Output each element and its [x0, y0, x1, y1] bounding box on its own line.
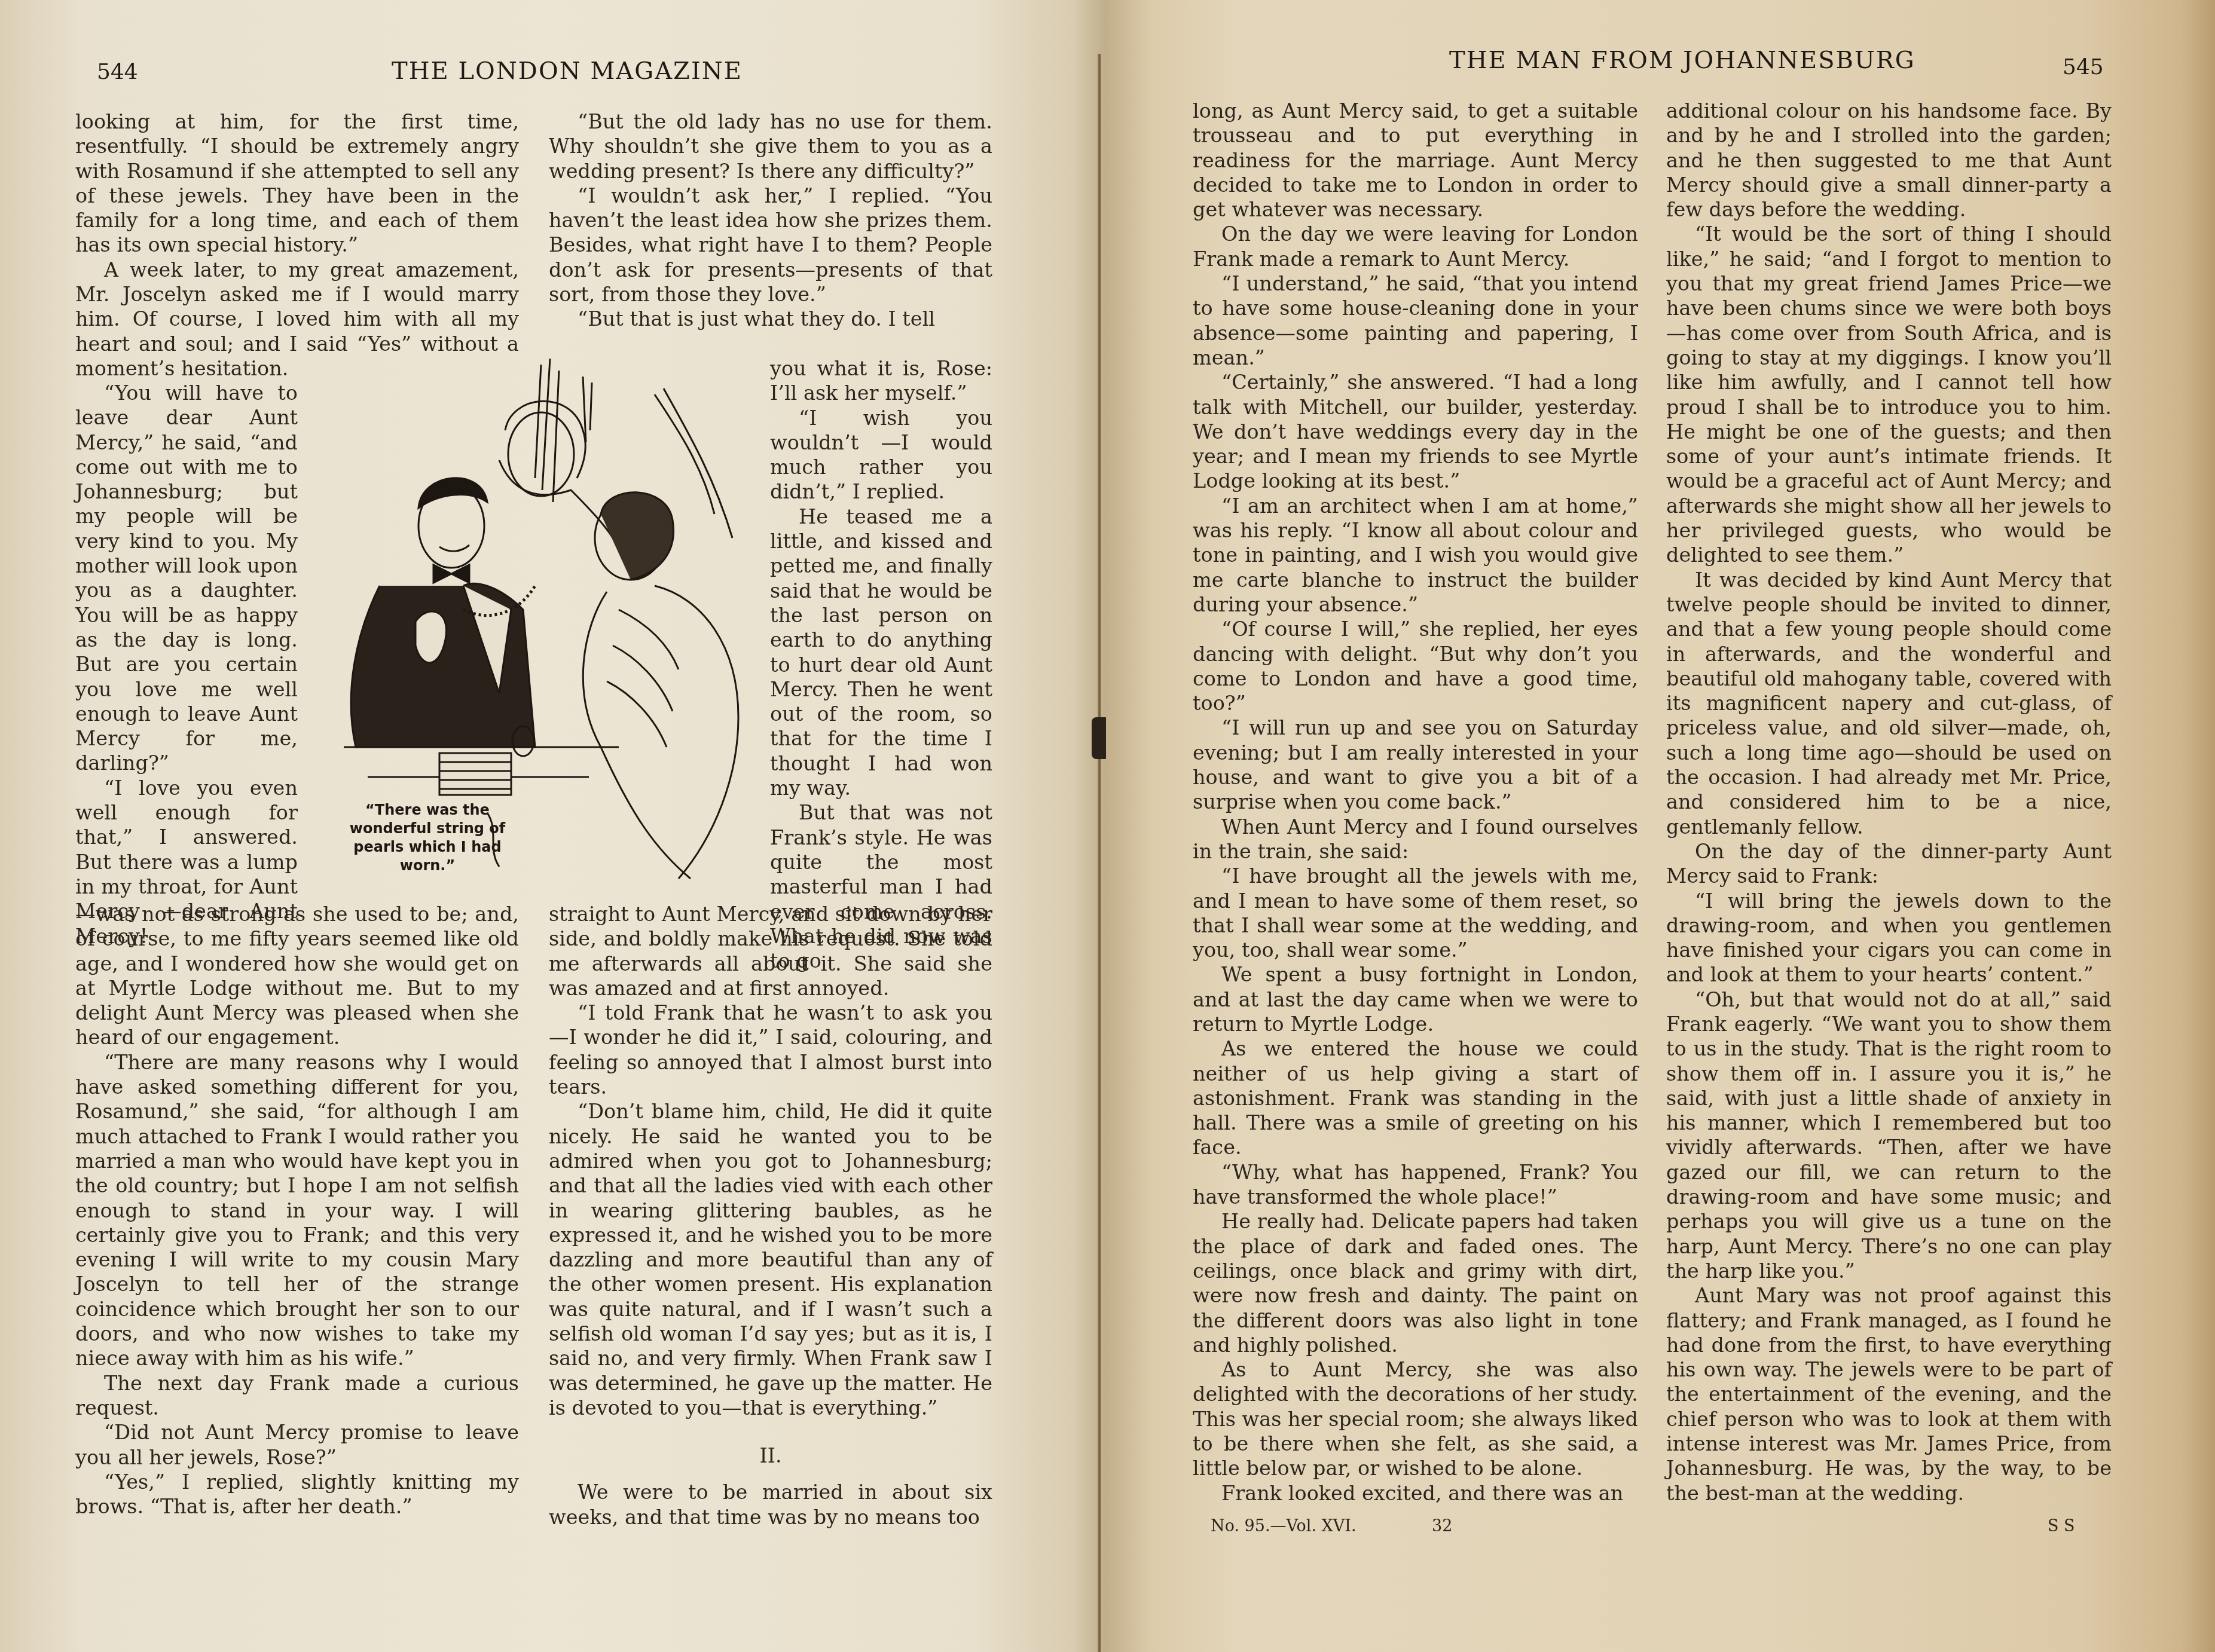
paragraph: “I told Frank that he wasn’t to ask you …: [549, 1001, 992, 1099]
running-head-right: THE MAN FROM JOHANNESBURG: [1449, 47, 1915, 74]
paragraph: “Oh, but that would not do at all,” said…: [1666, 987, 2112, 1284]
paragraph: Frank looked excited, and there was an: [1193, 1481, 1638, 1506]
right-page: THE MAN FROM JOHANNESBURG 545 long, as A…: [1106, 0, 2215, 1652]
paragraph: “I will run up and see you on Saturday e…: [1193, 715, 1638, 814]
book-gutter: [1098, 54, 1101, 1652]
right-column-2: additional colour on his handsome face. …: [1666, 99, 2112, 1506]
left-column-1-wrap: “You will have to leave dear Aunt Mercy,…: [75, 381, 298, 949]
paragraph: He really had. Delicate papers had taken…: [1193, 1209, 1638, 1357]
right-column-1: long, as Aunt Mercy said, to get a suita…: [1193, 99, 1638, 1506]
paragraph: “I wouldn’t ask her,” I replied. “You ha…: [549, 183, 992, 307]
paragraph: “Of course I will,” she replied, her eye…: [1193, 617, 1638, 715]
signature-mark: S S: [2048, 1517, 2075, 1535]
paragraph: As we entered the house we could neither…: [1193, 1036, 1638, 1160]
left-column-1-bottom: —was not as strong as she used to be; an…: [75, 902, 519, 1519]
paragraph: Aunt Mary was not proof against this fla…: [1666, 1283, 2112, 1506]
page-number-left: 544: [97, 60, 138, 84]
paragraph: “I am an architect when I am at home,” w…: [1193, 494, 1638, 617]
paragraph: “I understand,” he said, “that you inten…: [1193, 271, 1638, 370]
paragraph: We spent a busy fortnight in London, and…: [1193, 962, 1638, 1036]
paragraph: We were to be married in about six weeks…: [549, 1480, 992, 1529]
paragraph: “Don’t blame him, child, He did it quite…: [549, 1099, 992, 1420]
left-page: 544 THE LONDON MAGAZINE looking at him, …: [0, 0, 1106, 1652]
paragraph: On the day of the dinner-party Aunt Merc…: [1666, 839, 2112, 889]
paragraph: “Certainly,” she answered. “I had a long…: [1193, 370, 1638, 493]
sheet-number: 32: [1432, 1517, 1452, 1535]
paragraph: The next day Frank made a curious reques…: [75, 1371, 519, 1421]
left-column-2-top: “But the old lady has no use for them. W…: [549, 109, 992, 332]
illustration-caption: “There was the wonderful string of pearl…: [338, 801, 517, 875]
paragraph: straight to Aunt Mercy, and sit down by …: [549, 902, 992, 1001]
page-number-right: 545: [2063, 55, 2104, 79]
section-block: II. We were to be married in about six w…: [549, 1431, 992, 1529]
paragraph: On the day we were leaving for London Fr…: [1193, 222, 1638, 271]
left-column-2-bottom: straight to Aunt Mercy, and sit down by …: [549, 902, 992, 1420]
issue-footer: No. 95.—Vol. XVI.: [1211, 1517, 1357, 1535]
paragraph: “But that is just what they do. I tell: [549, 307, 992, 331]
paragraph: When Aunt Mercy and I found ourselves in…: [1193, 815, 1638, 864]
paragraph: additional colour on his handsome face. …: [1666, 99, 2112, 222]
paragraph: “Yes,” I replied, slightly knitting my b…: [75, 1470, 519, 1519]
paragraph: “It would be the sort of thing I should …: [1666, 222, 2112, 567]
section-numeral: II.: [549, 1443, 992, 1468]
paragraph: long, as Aunt Mercy said, to get a suita…: [1193, 99, 1638, 222]
paragraph: “I have brought all the jewels with me, …: [1193, 864, 1638, 962]
paragraph: “You will have to leave dear Aunt Mercy,…: [75, 381, 298, 776]
paragraph: “But the old lady has no use for them. W…: [549, 109, 992, 183]
paragraph: “There are many reasons why I would have…: [75, 1050, 519, 1371]
running-head-left: THE LONDON MAGAZINE: [392, 57, 743, 85]
paragraph: “Did not Aunt Mercy promise to leave you…: [75, 1420, 519, 1470]
paragraph: It was decided by kind Aunt Mercy that t…: [1666, 568, 2112, 839]
paragraph: —was not as strong as she used to be; an…: [75, 902, 519, 1050]
paragraph: looking at him, for the first time, rese…: [75, 109, 519, 258]
paragraph: “I will bring the jewels down to the dra…: [1666, 889, 2112, 987]
paragraph: “Why, what has happened, Frank? You have…: [1193, 1160, 1638, 1210]
left-column-1-top: looking at him, for the first time, rese…: [75, 109, 519, 381]
section-two-text: We were to be married in about six weeks…: [549, 1480, 992, 1529]
paragraph: As to Aunt Mercy, she was also delighted…: [1193, 1357, 1638, 1480]
